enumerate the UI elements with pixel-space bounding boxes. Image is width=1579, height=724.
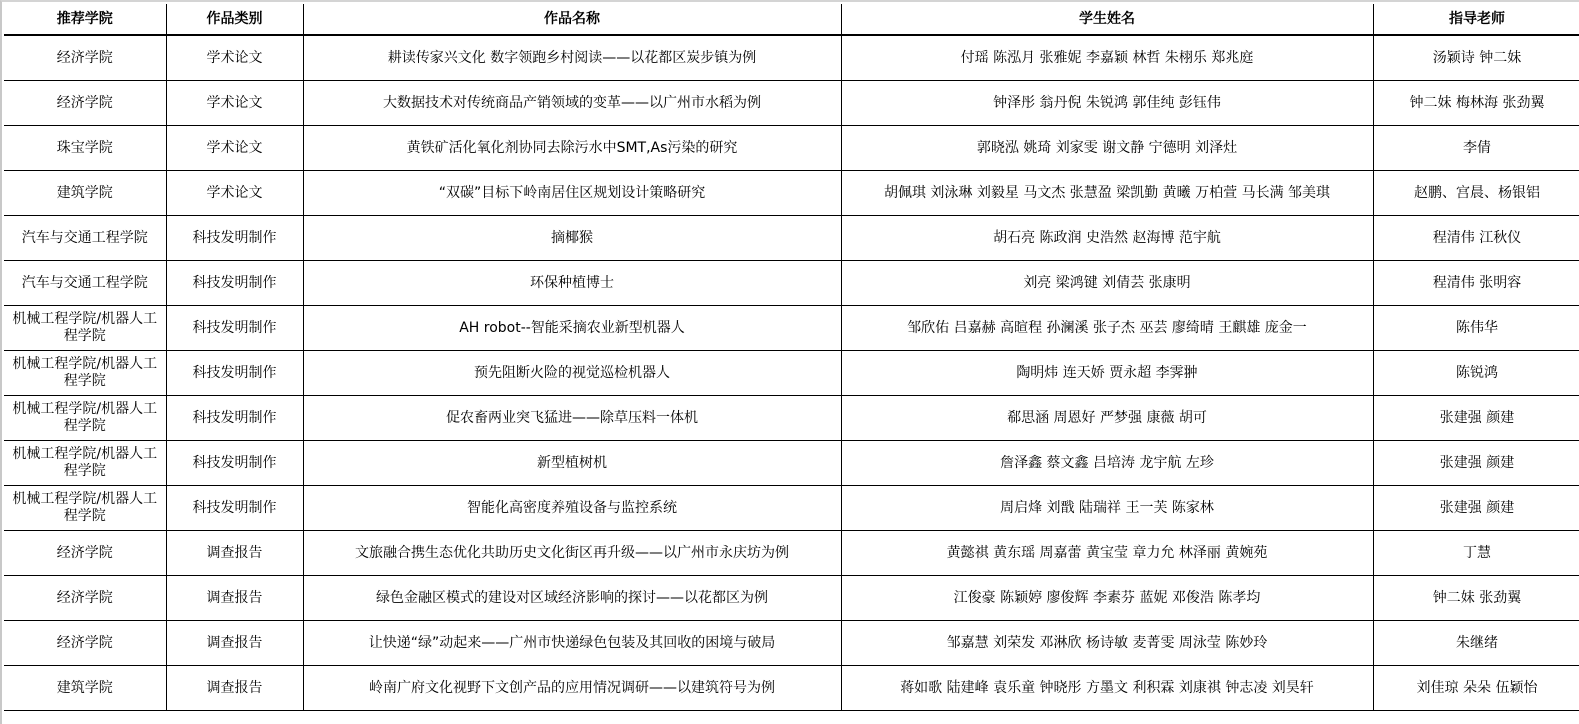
cell-title[interactable]: 预先阻断火险的视觉巡检机器人 <box>303 351 841 396</box>
cell-students[interactable]: 周启烽 刘戬 陆瑞祥 王一芙 陈家林 <box>841 486 1373 531</box>
cell-advisors[interactable]: 张建强 颜建 <box>1373 486 1579 531</box>
cell-students[interactable]: 胡佩琪 刘泳琳 刘毅星 马文杰 张慧盈 梁凯勤 黄曦 万柏萱 马长满 邹美琪 <box>841 171 1373 216</box>
cell-advisors[interactable]: 赵鹏、宫晨、杨银铝 <box>1373 171 1579 216</box>
cell-advisors[interactable]: 程清伟 张明容 <box>1373 261 1579 306</box>
table-row: 经济学院 学术论文 大数据技术对传统商品产销领域的变革——以广州市水稻为例 钟泽… <box>4 81 1579 126</box>
table-row: 机械工程学院/机器人工程学院 科技发明制作 预先阻断火险的视觉巡检机器人 陶明炜… <box>4 351 1579 396</box>
table-row: 汽车与交通工程学院 科技发明制作 环保种植博士 刘亮 梁鸿键 刘倩芸 张康明 程… <box>4 261 1579 306</box>
cell-students[interactable]: 江俊豪 陈颖婷 廖俊辉 李素芬 蓝妮 邓俊浩 陈孝均 <box>841 576 1373 621</box>
table-row: 机械工程学院/机器人工程学院 科技发明制作 智能化高密度养殖设备与监控系统 周启… <box>4 486 1579 531</box>
header-advisors: 指导老师 <box>1373 4 1579 35</box>
cell-category[interactable]: 科技发明制作 <box>166 486 303 531</box>
table-row: 机械工程学院/机器人工程学院 科技发明制作 促农畜两业突飞猛进——除草压料一体机… <box>4 396 1579 441</box>
cell-category[interactable]: 调查报告 <box>166 531 303 576</box>
cell-advisors[interactable]: 李倩 <box>1373 126 1579 171</box>
awards-table: 推荐学院 作品类别 作品名称 学生姓名 指导老师 经济学院 学术论文 耕读传家兴… <box>4 4 1579 711</box>
table-row: 机械工程学院/机器人工程学院 科技发明制作 新型植树机 詹泽鑫 蔡文鑫 吕培涛 … <box>4 441 1579 486</box>
cell-students[interactable]: 邹欣佑 吕嘉赫 高暄程 孙澜溪 张子杰 巫芸 廖绮晴 王麒雄 庞金一 <box>841 306 1373 351</box>
cell-category[interactable]: 科技发明制作 <box>166 351 303 396</box>
cell-category[interactable]: 学术论文 <box>166 35 303 81</box>
table-row: 建筑学院 学术论文 “双碳”目标下岭南居住区规划设计策略研究 胡佩琪 刘泳琳 刘… <box>4 171 1579 216</box>
cell-students[interactable]: 蒋如歌 陆建峰 袁乐童 钟晓彤 方墨文 利积霖 刘康祺 钟志凌 刘昊轩 <box>841 666 1373 711</box>
cell-college[interactable]: 经济学院 <box>4 35 166 81</box>
cell-college[interactable]: 汽车与交通工程学院 <box>4 261 166 306</box>
cell-college[interactable]: 机械工程学院/机器人工程学院 <box>4 486 166 531</box>
cell-college[interactable]: 建筑学院 <box>4 666 166 711</box>
cell-advisors[interactable]: 张建强 颜建 <box>1373 396 1579 441</box>
cell-category[interactable]: 科技发明制作 <box>166 216 303 261</box>
cell-title[interactable]: 智能化高密度养殖设备与监控系统 <box>303 486 841 531</box>
cell-advisors[interactable]: 钟二妹 张劲翼 <box>1373 576 1579 621</box>
header-row: 推荐学院 作品类别 作品名称 学生姓名 指导老师 <box>4 4 1579 35</box>
cell-students[interactable]: 郭晓泓 姚琦 刘家雯 谢文静 宁德明 刘泽灶 <box>841 126 1373 171</box>
cell-advisors[interactable]: 张建强 颜建 <box>1373 441 1579 486</box>
cell-category[interactable]: 科技发明制作 <box>166 261 303 306</box>
cell-college[interactable]: 汽车与交通工程学院 <box>4 216 166 261</box>
cell-advisors[interactable]: 钟二妹 梅林海 张劲翼 <box>1373 81 1579 126</box>
cell-advisors[interactable]: 丁慧 <box>1373 531 1579 576</box>
table-row: 经济学院 学术论文 耕读传家兴文化 数字领跑乡村阅读——以花都区炭步镇为例 付瑶… <box>4 35 1579 81</box>
cell-category[interactable]: 学术论文 <box>166 171 303 216</box>
cell-college[interactable]: 经济学院 <box>4 531 166 576</box>
cell-category[interactable]: 科技发明制作 <box>166 441 303 486</box>
table-row: 经济学院 调查报告 文旅融合携生态优化共助历史文化街区再升级——以广州市永庆坊为… <box>4 531 1579 576</box>
cell-category[interactable]: 调查报告 <box>166 666 303 711</box>
cell-students[interactable]: 郗思涵 周恩好 严梦强 康薇 胡可 <box>841 396 1373 441</box>
cell-college[interactable]: 经济学院 <box>4 576 166 621</box>
table-row: 机械工程学院/机器人工程学院 科技发明制作 AH robot--智能采摘农业新型… <box>4 306 1579 351</box>
table-row: 建筑学院 调查报告 岭南广府文化视野下文创产品的应用情况调研——以建筑符号为例 … <box>4 666 1579 711</box>
cell-title[interactable]: “双碳”目标下岭南居住区规划设计策略研究 <box>303 171 841 216</box>
cell-students[interactable]: 胡石亮 陈政润 史浩然 赵海博 范宇航 <box>841 216 1373 261</box>
cell-title[interactable]: 让快递“绿”动起来——广州市快递绿色包装及其回收的困境与破局 <box>303 621 841 666</box>
header-category: 作品类别 <box>166 4 303 35</box>
cell-college[interactable]: 机械工程学院/机器人工程学院 <box>4 306 166 351</box>
cell-college[interactable]: 珠宝学院 <box>4 126 166 171</box>
cell-title[interactable]: 文旅融合携生态优化共助历史文化街区再升级——以广州市永庆坊为例 <box>303 531 841 576</box>
cell-category[interactable]: 科技发明制作 <box>166 396 303 441</box>
cell-college[interactable]: 机械工程学院/机器人工程学院 <box>4 441 166 486</box>
cell-students[interactable]: 刘亮 梁鸿键 刘倩芸 张康明 <box>841 261 1373 306</box>
cell-advisors[interactable]: 陈锐鸿 <box>1373 351 1579 396</box>
cell-title[interactable]: 绿色金融区模式的建设对区域经济影响的探讨——以花都区为例 <box>303 576 841 621</box>
table-row: 经济学院 调查报告 让快递“绿”动起来——广州市快递绿色包装及其回收的困境与破局… <box>4 621 1579 666</box>
header-students: 学生姓名 <box>841 4 1373 35</box>
header-college: 推荐学院 <box>4 4 166 35</box>
cell-title[interactable]: 促农畜两业突飞猛进——除草压料一体机 <box>303 396 841 441</box>
cell-advisors[interactable]: 程清伟 江秋仪 <box>1373 216 1579 261</box>
cell-advisors[interactable]: 汤颖诗 钟二妹 <box>1373 35 1579 81</box>
cell-category[interactable]: 学术论文 <box>166 126 303 171</box>
cell-students[interactable]: 钟泽彤 翁丹倪 朱锐鸿 郭佳纯 彭钰伟 <box>841 81 1373 126</box>
cell-students[interactable]: 詹泽鑫 蔡文鑫 吕培涛 龙宇航 左珍 <box>841 441 1373 486</box>
header-title: 作品名称 <box>303 4 841 35</box>
cell-college[interactable]: 机械工程学院/机器人工程学院 <box>4 396 166 441</box>
cell-college[interactable]: 经济学院 <box>4 81 166 126</box>
cell-students[interactable]: 邹嘉慧 刘荣发 邓淋欣 杨诗敏 麦菁雯 周泳莹 陈妙玲 <box>841 621 1373 666</box>
cell-title[interactable]: 环保种植博士 <box>303 261 841 306</box>
table-row: 汽车与交通工程学院 科技发明制作 摘椰猴 胡石亮 陈政润 史浩然 赵海博 范宇航… <box>4 216 1579 261</box>
cell-title[interactable]: 新型植树机 <box>303 441 841 486</box>
cell-category[interactable]: 学术论文 <box>166 81 303 126</box>
cell-students[interactable]: 付瑶 陈泓月 张雅妮 李嘉颖 林哲 朱栩乐 郑兆庭 <box>841 35 1373 81</box>
cell-students[interactable]: 陶明炜 连天娇 贾永超 李霁翀 <box>841 351 1373 396</box>
cell-students[interactable]: 黄懿祺 黄东瑶 周嘉蕾 黄宝莹 章力允 林泽丽 黄婉苑 <box>841 531 1373 576</box>
cell-advisors[interactable]: 陈伟华 <box>1373 306 1579 351</box>
cell-category[interactable]: 调查报告 <box>166 621 303 666</box>
spreadsheet-frame: 推荐学院 作品类别 作品名称 学生姓名 指导老师 经济学院 学术论文 耕读传家兴… <box>0 0 1579 724</box>
cell-college[interactable]: 建筑学院 <box>4 171 166 216</box>
cell-category[interactable]: 调查报告 <box>166 576 303 621</box>
cell-title[interactable]: 大数据技术对传统商品产销领域的变革——以广州市水稻为例 <box>303 81 841 126</box>
cell-title[interactable]: AH robot--智能采摘农业新型机器人 <box>303 306 841 351</box>
cell-college[interactable]: 机械工程学院/机器人工程学院 <box>4 351 166 396</box>
cell-college[interactable]: 经济学院 <box>4 621 166 666</box>
cell-advisors[interactable]: 朱继绪 <box>1373 621 1579 666</box>
cell-advisors[interactable]: 刘佳琼 朵朵 伍颖怡 <box>1373 666 1579 711</box>
cell-title[interactable]: 摘椰猴 <box>303 216 841 261</box>
cell-title[interactable]: 耕读传家兴文化 数字领跑乡村阅读——以花都区炭步镇为例 <box>303 35 841 81</box>
table-row: 珠宝学院 学术论文 黄铁矿活化氧化剂协同去除污水中SMT,As污染的研究 郭晓泓… <box>4 126 1579 171</box>
cell-title[interactable]: 黄铁矿活化氧化剂协同去除污水中SMT,As污染的研究 <box>303 126 841 171</box>
cell-category[interactable]: 科技发明制作 <box>166 306 303 351</box>
table-row: 经济学院 调查报告 绿色金融区模式的建设对区域经济影响的探讨——以花都区为例 江… <box>4 576 1579 621</box>
cell-title[interactable]: 岭南广府文化视野下文创产品的应用情况调研——以建筑符号为例 <box>303 666 841 711</box>
